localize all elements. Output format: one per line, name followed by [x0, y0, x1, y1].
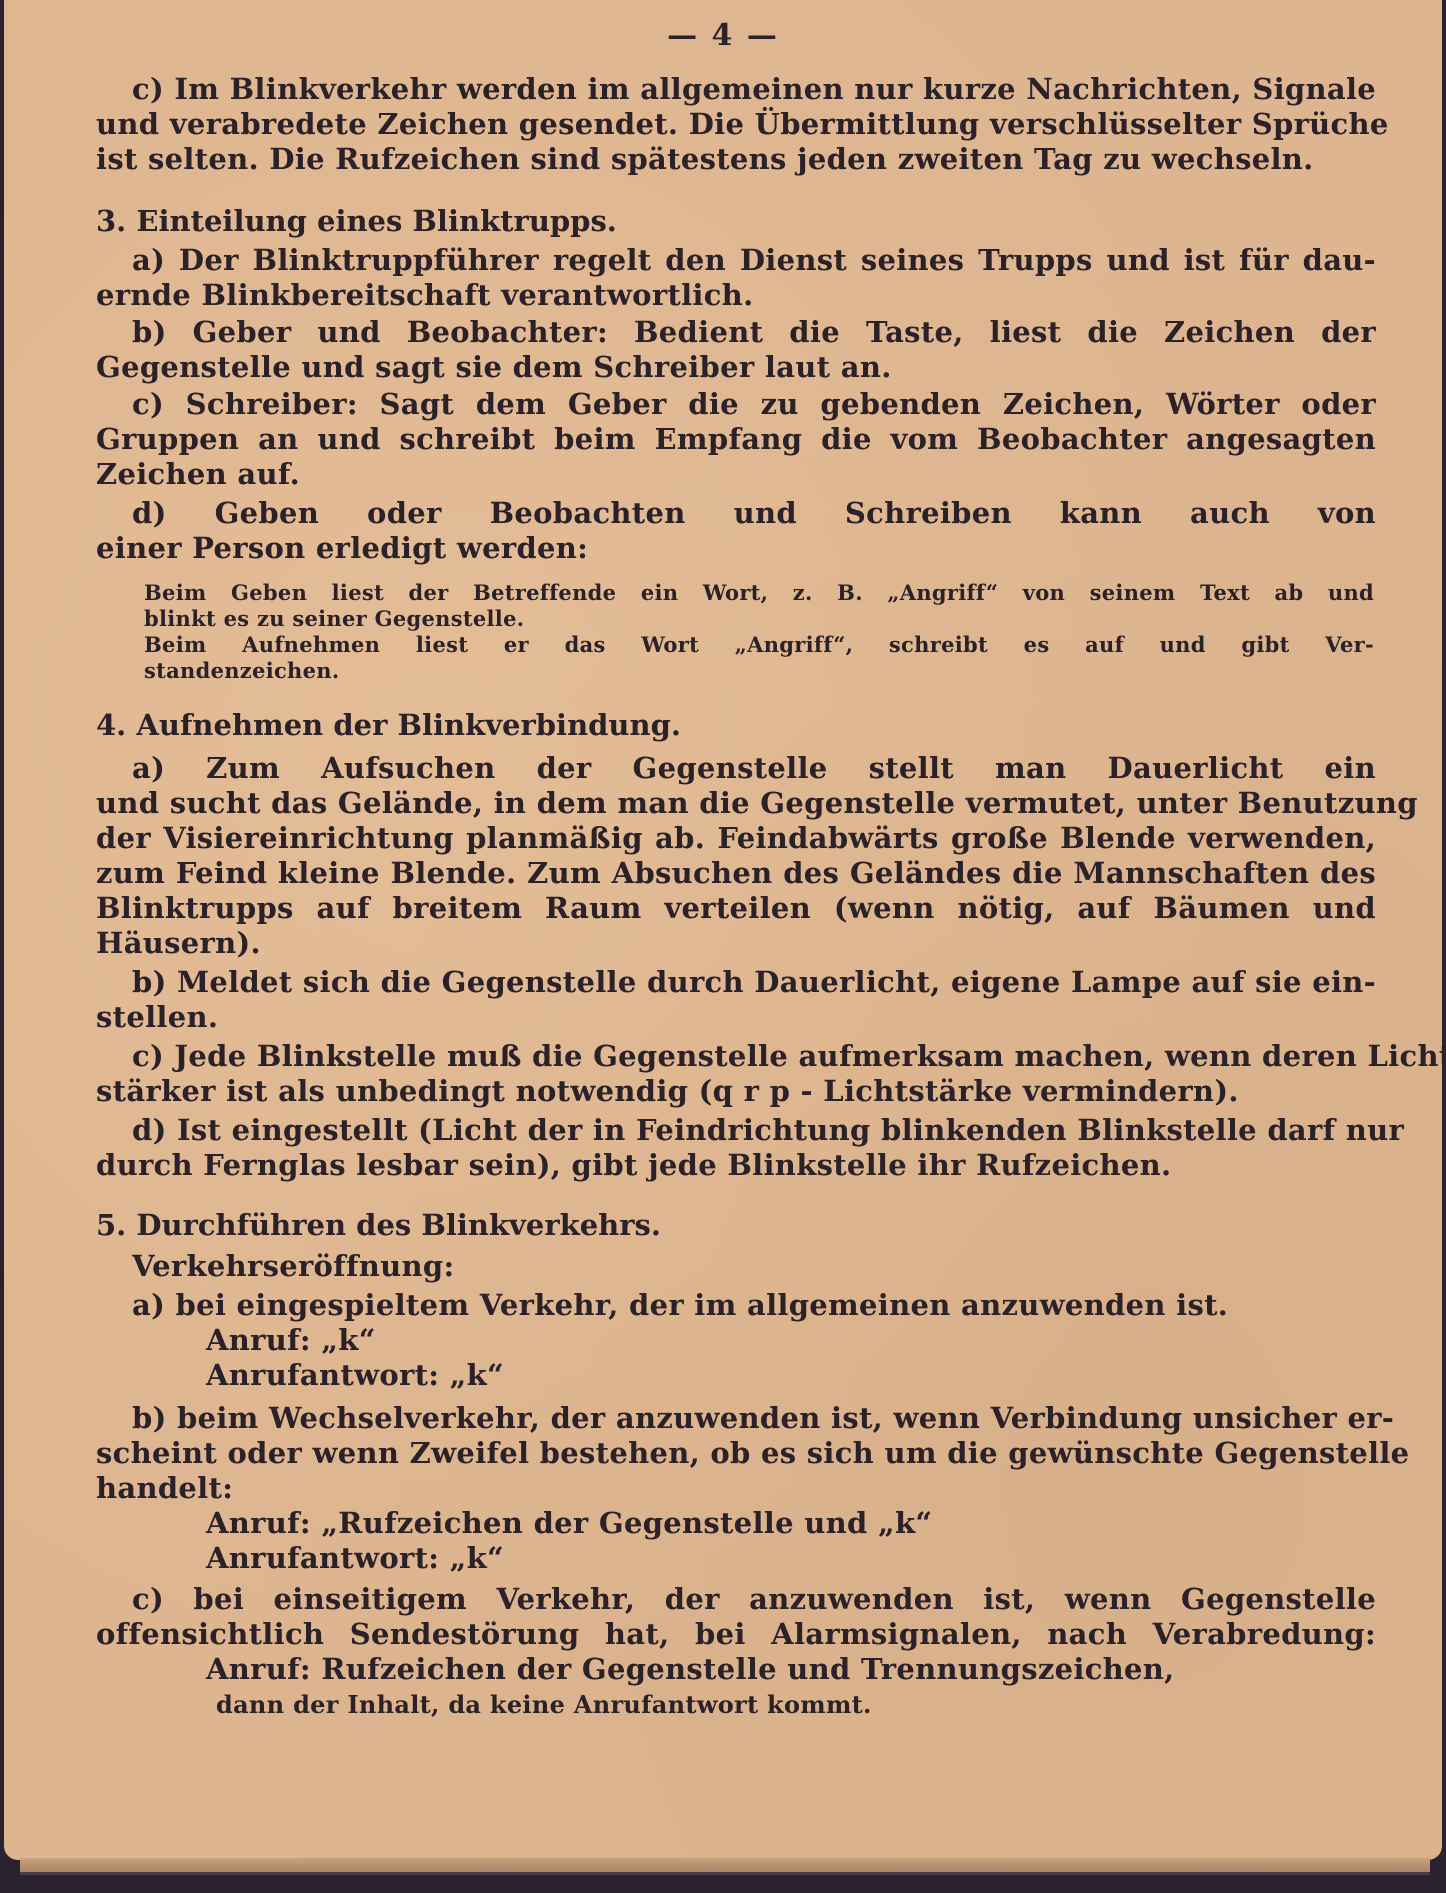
text-line: Beim Aufnehmen liest er das Wort „Angrif… — [144, 632, 1374, 658]
text-line: zum Feind kleine Blende. Zum Absuchen de… — [96, 856, 1376, 891]
text-line: Gegenstelle und sagt sie dem Schreiber l… — [96, 350, 1376, 385]
text-line: und verabredete Zeichen gesendet. Die Üb… — [96, 107, 1376, 142]
text-line: Blinktrupps auf breitem Raum verteilen (… — [96, 891, 1376, 926]
text-line: stärker ist als unbedingt notwendig (q r… — [96, 1074, 1376, 1109]
text-line: b) Meldet sich die Gegenstelle durch Dau… — [96, 965, 1376, 1000]
text-line: c) bei einseitigem Verkehr, der anzuwend… — [96, 1582, 1376, 1617]
text-line: d) Ist eingestellt (Licht der in Feindri… — [96, 1113, 1376, 1148]
section-3-example: Beim Geben liest der Betreffende ein Wor… — [144, 580, 1374, 684]
text-line: Häusern). — [96, 926, 1376, 961]
text-line: Zeichen auf. — [96, 457, 1376, 492]
text-line: b) Geber und Beobachter: Bedient die Tas… — [96, 315, 1376, 350]
anruf-line: Anruf: „k“ — [96, 1323, 1376, 1358]
text-line: offensichtlich Sendestörung hat, bei Ala… — [96, 1617, 1376, 1652]
section-5: 5. Durchführen des Blinkverkehrs. Verkeh… — [96, 1208, 1376, 1722]
anrufantwort-line: Anrufantwort: „k“ — [96, 1541, 1376, 1576]
text-line: c) Im Blinkverkehr werden im allgemeinen… — [96, 72, 1376, 107]
section-4: 4. Aufnehmen der Blinkverbindung. a) Zum… — [96, 708, 1376, 1183]
text-line: a) Der Blinktruppführer regelt den Diens… — [96, 243, 1376, 278]
section-heading: 5. Durchführen des Blinkverkehrs. — [96, 1208, 1376, 1243]
anruf-line: Anruf: Rufzeichen der Gegenstelle und Tr… — [96, 1652, 1376, 1687]
text-line: der Visiereinrichtung planmäßig ab. Fein… — [96, 821, 1376, 856]
page-number: — 4 — — [4, 18, 1442, 53]
text-line: c) Schreiber: Sagt dem Geber die zu gebe… — [96, 387, 1376, 422]
text-line: stellen. — [96, 1000, 1376, 1035]
text-line: d) Geben oder Beobachten und Schreiben k… — [96, 496, 1376, 531]
section-3: 3. Einteilung eines Blinktrupps. a) Der … — [96, 204, 1376, 566]
text-line: und sucht das Gelände, in dem man die Ge… — [96, 786, 1376, 821]
text-line: dann der Inhalt, da keine Anrufantwort k… — [96, 1687, 1376, 1722]
document-page: — 4 — c) Im Blinkverkehr werden im allge… — [4, 0, 1442, 1860]
paragraph-intro-c: c) Im Blinkverkehr werden im allgemeinen… — [96, 72, 1376, 177]
text-line: handelt: — [96, 1471, 1376, 1506]
text-line: b) beim Wechselverkehr, der anzuwenden i… — [96, 1401, 1376, 1436]
subheading: Verkehrseröffnung: — [96, 1249, 1376, 1284]
section-heading: 4. Aufnehmen der Blinkverbindung. — [96, 708, 1376, 743]
anrufantwort-line: Anrufantwort: „k“ — [96, 1358, 1376, 1393]
text-line: a) bei eingespieltem Verkehr, der im all… — [96, 1288, 1376, 1323]
anruf-line: Anruf: „Rufzeichen der Gegenstelle und „… — [96, 1506, 1376, 1541]
text-line: Gruppen an und schreibt beim Empfang die… — [96, 422, 1376, 457]
section-heading: 3. Einteilung eines Blinktrupps. — [96, 204, 1376, 239]
text-line: scheint oder wenn Zweifel bestehen, ob e… — [96, 1436, 1376, 1471]
text-line: c) Jede Blinkstelle muß die Gegenstelle … — [96, 1039, 1376, 1074]
text-line: ist selten. Die Rufzeichen sind späteste… — [96, 142, 1376, 177]
text-line: einer Person erledigt werden: — [96, 531, 1376, 566]
text-line: a) Zum Aufsuchen der Gegenstelle stellt … — [96, 751, 1376, 786]
text-line: ernde Blinkbereitschaft verantwortlich. — [96, 278, 1376, 313]
page-edge — [20, 1858, 1430, 1875]
text-line: durch Fernglas lesbar sein), gibt jede B… — [96, 1148, 1376, 1183]
text-line: standenzeichen. — [144, 658, 1374, 684]
text-line: Beim Geben liest der Betreffende ein Wor… — [144, 580, 1374, 606]
text-line: blinkt es zu seiner Gegenstelle. — [144, 606, 1374, 632]
